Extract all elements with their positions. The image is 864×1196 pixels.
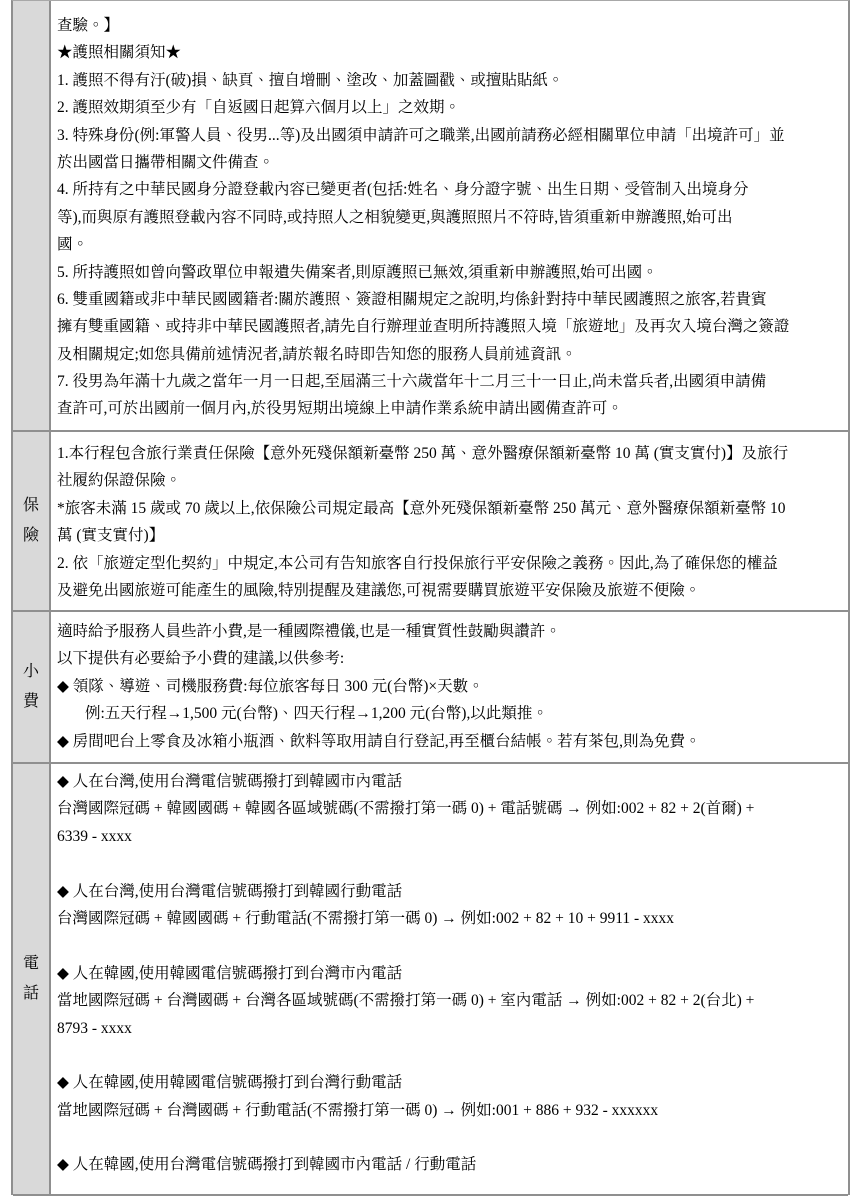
blank-line	[57, 1124, 844, 1151]
text-line: 萬 (實支實付)】	[57, 522, 844, 549]
section-label-insurance: 保險	[22, 491, 40, 551]
text-line: 國。	[57, 231, 844, 258]
text-line: 8793 - xxxx	[57, 1015, 844, 1042]
text-line: ★護照相關須知★	[57, 39, 844, 66]
text-line: 當地國際冠碼 + 台灣國碼 + 行動電話(不需撥打第一碼 0) → 例如:001…	[57, 1097, 844, 1124]
text-line: 例:五天行程→1,500 元(台幣)、四天行程→1,200 元(台幣),以此類推…	[57, 700, 844, 727]
text-line: 1.本行程包含旅行業責任保險【意外死殘保額新臺幣 250 萬、意外醫療保額新臺幣…	[57, 440, 844, 467]
text-line: 查驗。】	[57, 12, 844, 39]
text-line: ◆ 人在台灣,使用台灣電信號碼撥打到韓國市內電話	[57, 768, 844, 795]
text-line: 擁有雙重國籍、或持非中華民國護照者,請先自行辦理並查明所持護照入境「旅遊地」及再…	[57, 313, 844, 340]
text-line: 適時給予服務人員些許小費,是一種國際禮儀,也是一種實質性鼓勵與讚許。	[57, 618, 844, 645]
text-line: 7. 役男為年滿十九歲之當年一月一日起,至屆滿三十六歲當年十二月三十一日止,尚未…	[57, 368, 844, 395]
section-content-passport: 查驗。】★護照相關須知★1. 護照不得有汙(破)損、缺頁、擅自增刪、塗改、加蓋圖…	[51, 1, 848, 430]
text-line: 1. 護照不得有汙(破)損、缺頁、擅自增刪、塗改、加蓋圖戳、或擅貼貼紙。	[57, 67, 844, 94]
section-row-passport-notes: 查驗。】★護照相關須知★1. 護照不得有汙(破)損、缺頁、擅自增刪、塗改、加蓋圖…	[13, 1, 848, 432]
text-line: ◆ 人在韓國,使用韓國電信號碼撥打到台灣行動電話	[57, 1069, 844, 1096]
blank-line	[57, 850, 844, 877]
text-line: 及相關規定;如您具備前述情況者,請於報名時即告知您的服務人員前述資訊。	[57, 341, 844, 368]
text-line: ◆ 領隊、導遊、司機服務費:每位旅客每日 300 元(台幣)×天數。	[57, 673, 844, 700]
section-label-cell-phone: 電話	[13, 764, 51, 1194]
blank-line	[57, 932, 844, 959]
text-line: 4. 所持有之中華民國身分證登載內容已變更者(包括:姓名、身分證字號、出生日期、…	[57, 176, 844, 203]
section-row-insurance: 保險 1.本行程包含旅行業責任保險【意外死殘保額新臺幣 250 萬、意外醫療保額…	[13, 432, 848, 612]
text-line: 5. 所持護照如曾向警政單位申報遺失備案者,則原護照已無效,須重新申辦護照,始可…	[57, 259, 844, 286]
section-label-cell-tips: 小費	[13, 612, 51, 762]
text-line: 社履約保證保險。	[57, 467, 844, 494]
section-content-insurance: 1.本行程包含旅行業責任保險【意外死殘保額新臺幣 250 萬、意外醫療保額新臺幣…	[51, 432, 848, 610]
section-content-phone: ◆ 人在台灣,使用台灣電信號碼撥打到韓國市內電話台灣國際冠碼 + 韓國國碼 + …	[51, 764, 848, 1194]
text-line: *旅客未滿 15 歲或 70 歲以上,依保險公司規定最高【意外死殘保額新臺幣 2…	[57, 495, 844, 522]
section-content-tips: 適時給予服務人員些許小費,是一種國際禮儀,也是一種實質性鼓勵與讚許。以下提供有必…	[51, 612, 848, 762]
text-line: 以下提供有必要給予小費的建議,以供參考:	[57, 645, 844, 672]
text-line: 當地國際冠碼 + 台灣國碼 + 台灣各區域號碼(不需撥打第一碼 0) + 室內電…	[57, 987, 844, 1014]
section-label-cell-insurance: 保險	[13, 432, 51, 610]
text-line: 6. 雙重國籍或非中華民國國籍者:關於護照、簽證相關規定之說明,均係針對持中華民…	[57, 286, 844, 313]
document-table: 查驗。】★護照相關須知★1. 護照不得有汙(破)損、缺頁、擅自增刪、塗改、加蓋圖…	[11, 0, 850, 1195]
section-row-phone: 電話 ◆ 人在台灣,使用台灣電信號碼撥打到韓國市內電話台灣國際冠碼 + 韓國國碼…	[13, 764, 848, 1195]
section-label-phone: 電話	[22, 949, 40, 1009]
text-line: ◆ 房間吧台上零食及冰箱小瓶酒、飲料等取用請自行登記,再至櫃台結帳。若有茶包,則…	[57, 728, 844, 755]
section-row-tips: 小費 適時給予服務人員些許小費,是一種國際禮儀,也是一種實質性鼓勵與讚許。以下提…	[13, 612, 848, 764]
text-line: 等),而與原有護照登載內容不同時,或持照人之相貌變更,與護照照片不符時,皆須重新…	[57, 204, 844, 231]
text-line: 於出國當日攜帶相關文件備查。	[57, 149, 844, 176]
section-label-tips: 小費	[22, 657, 40, 717]
text-line: 2. 護照效期須至少有「自返國日起算六個月以上」之效期。	[57, 94, 844, 121]
section-label-cell-passport	[13, 1, 51, 430]
text-line: ◆ 人在韓國,使用台灣電信號碼撥打到韓國市內電話 / 行動電話	[57, 1151, 844, 1178]
text-line: 6339 - xxxx	[57, 823, 844, 850]
text-line: 查許可,可於出國前一個月內,於役男短期出境線上申請作業系統申請出國備查許可。	[57, 395, 844, 422]
text-line: 2. 依「旅遊定型化契約」中規定,本公司有告知旅客自行投保旅行平安保險之義務。因…	[57, 550, 844, 577]
blank-line	[57, 1042, 844, 1069]
text-line: 及避免出國旅遊可能產生的風險,特別提醒及建議您,可視需要購買旅遊平安保險及旅遊不…	[57, 577, 844, 604]
text-line: 台灣國際冠碼 + 韓國國碼 + 行動電話(不需撥打第一碼 0) → 例如:002…	[57, 905, 844, 932]
text-line: 台灣國際冠碼 + 韓國國碼 + 韓國各區域號碼(不需撥打第一碼 0) + 電話號…	[57, 795, 844, 822]
text-line: ◆ 人在韓國,使用韓國電信號碼撥打到台灣市內電話	[57, 960, 844, 987]
text-line: 3. 特殊身份(例:軍警人員、役男...等)及出國須申請許可之職業,出國前請務必…	[57, 122, 844, 149]
text-line: ◆ 人在台灣,使用台灣電信號碼撥打到韓國行動電話	[57, 878, 844, 905]
